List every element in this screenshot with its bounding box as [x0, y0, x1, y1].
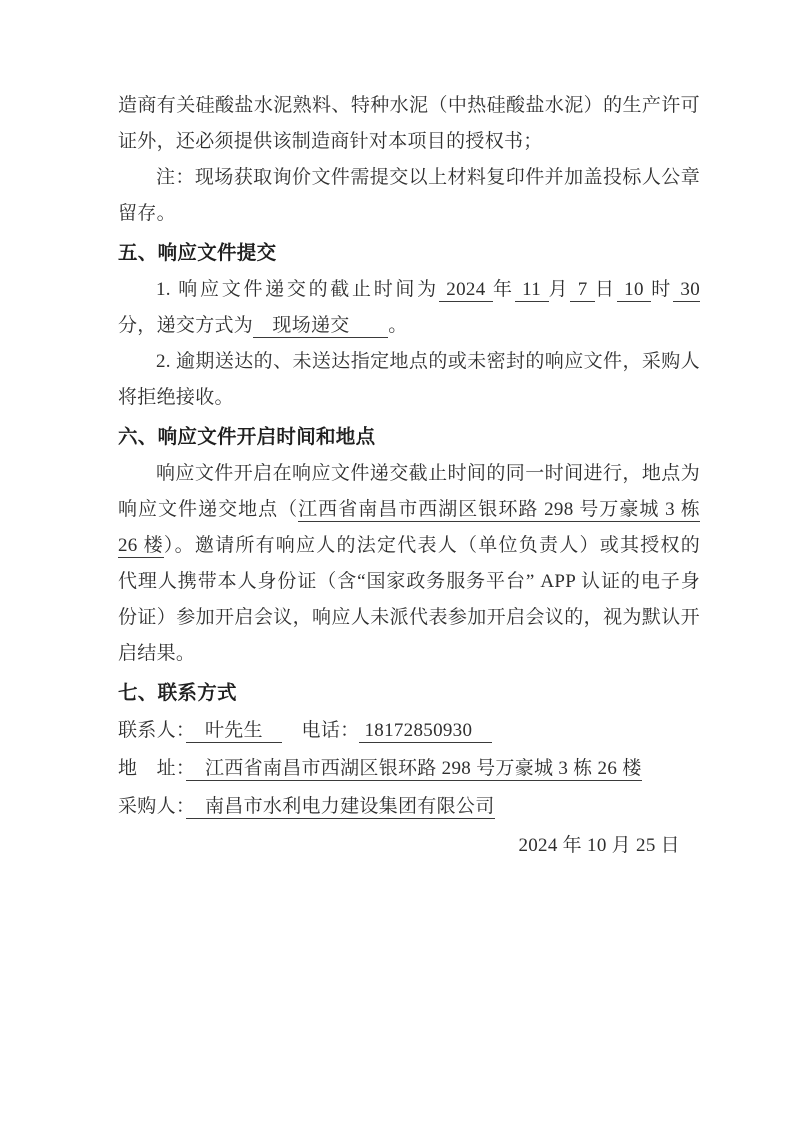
section-heading: 七、联系方式 [118, 676, 700, 712]
text-line: 1. 响应文件递交的截止时间为 2024 年 11 月 7 日 10 时 30 [118, 272, 700, 308]
text-segment: 启结果。 [118, 643, 195, 664]
text-segment: 联系人： [118, 720, 186, 741]
text-line: 地 址： 江西省南昌市西湖区银环路 298 号万豪城 3 栋 26 楼 [118, 750, 700, 788]
underlined-value: 江西省南昌市西湖区银环路 298 号万豪城 3 栋 [298, 499, 700, 522]
document-content: 造商有关硅酸盐水泥熟料、特种水泥（中热硅酸盐水泥）的生产许可证外，还必须提供该制… [118, 88, 700, 864]
text-segment: 将拒绝接收。 [118, 387, 234, 408]
text-line: 联系人： 叶先生 电话： 18172850930 [118, 712, 700, 750]
date-line: 2024 年 10 月 25 日 [118, 828, 700, 864]
text-line: 代理人携带本人身份证（含“国家政务服务平台” APP 认证的电子身 [118, 564, 700, 600]
underlined-value: 30 [673, 279, 700, 302]
underlined-value: 26 楼 [118, 535, 164, 558]
text-segment: 地 址： [118, 758, 186, 779]
text-line: 造商有关硅酸盐水泥熟料、特种水泥（中热硅酸盐水泥）的生产许可 [118, 88, 700, 124]
text-segment: 月 [549, 279, 571, 300]
text-segment: 注：现场获取询价文件需提交以上材料复印件并加盖投标人公章 [156, 167, 700, 188]
text-segment: 采购人： [118, 796, 186, 817]
section-heading: 五、响应文件提交 [118, 236, 700, 272]
section-heading: 六、响应文件开启时间和地点 [118, 420, 700, 456]
underlined-value: 2024 [439, 279, 493, 302]
text-line: 26 楼）。邀请所有响应人的法定代表人（单位负责人）或其授权的 [118, 528, 700, 564]
text-line: 分，递交方式为 现场递交 。 [118, 308, 700, 344]
text-segment: 电话： [282, 720, 359, 741]
text-segment: 2. 逾期送达的、未送达指定地点的或未密封的响应文件，采购人 [156, 351, 700, 372]
text-segment: ）。邀请所有响应人的法定代表人（单位负责人）或其授权的 [164, 535, 700, 556]
underlined-value: 江西省南昌市西湖区银环路 298 号万豪城 3 栋 26 楼 [186, 758, 642, 781]
underlined-value: 现场递交 [253, 315, 388, 338]
text-segment: 1. 响应文件递交的截止时间为 [156, 279, 439, 300]
text-line: 采购人： 南昌市水利电力建设集团有限公司 [118, 788, 700, 826]
text-segment: 分，递交方式为 [118, 315, 253, 336]
text-line: 证外，还必须提供该制造商针对本项目的授权书； [118, 124, 700, 160]
underlined-value: 叶先生 [186, 720, 283, 743]
text-segment: 代理人携带本人身份证（含“国家政务服务平台” APP 认证的电子身 [118, 571, 700, 592]
underlined-value: 南昌市水利电力建设集团有限公司 [186, 796, 495, 819]
underlined-value: 7 [570, 279, 595, 302]
text-segment: 时 [651, 279, 673, 300]
text-segment: 年 [493, 279, 515, 300]
text-line: 响应文件开启在响应文件递交截止时间的同一时间进行，地点为 [118, 456, 700, 492]
underlined-value: 18172850930 [359, 720, 491, 743]
text-segment: 份证）参加开启会议，响应人未派代表参加开启会议的，视为默认开 [118, 607, 700, 628]
text-line: 启结果。 [118, 636, 700, 672]
text-line: 份证）参加开启会议，响应人未派代表参加开启会议的，视为默认开 [118, 600, 700, 636]
underlined-value: 10 [617, 279, 652, 302]
text-line: 留存。 [118, 196, 700, 232]
underlined-value: 11 [515, 279, 549, 302]
document-page: 造商有关硅酸盐水泥熟料、特种水泥（中热硅酸盐水泥）的生产许可证外，还必须提供该制… [0, 0, 800, 1132]
text-segment: 日 [595, 279, 617, 300]
text-line: 将拒绝接收。 [118, 380, 700, 416]
text-segment: 响应文件开启在响应文件递交截止时间的同一时间进行，地点为 [156, 463, 700, 484]
text-segment: 响应文件递交地点（ [118, 499, 298, 520]
text-line: 注：现场获取询价文件需提交以上材料复印件并加盖投标人公章 [118, 160, 700, 196]
text-line: 响应文件递交地点（江西省南昌市西湖区银环路 298 号万豪城 3 栋 [118, 492, 700, 528]
text-segment: 造商有关硅酸盐水泥熟料、特种水泥（中热硅酸盐水泥）的生产许可 [118, 95, 700, 116]
text-line: 2. 逾期送达的、未送达指定地点的或未密封的响应文件，采购人 [118, 344, 700, 380]
text-segment: 证外，还必须提供该制造商针对本项目的授权书； [118, 131, 543, 152]
text-segment: 留存。 [118, 203, 176, 224]
text-segment: 。 [388, 315, 407, 336]
